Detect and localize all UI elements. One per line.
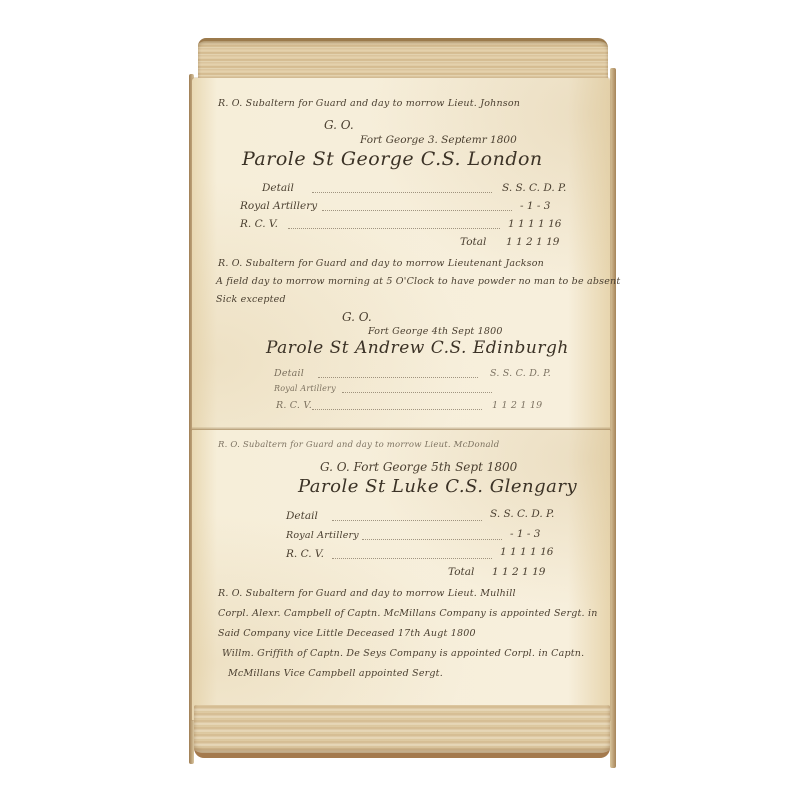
table-row-label: Royal Artillery xyxy=(286,530,359,541)
dotted-leader xyxy=(288,228,500,229)
dotted-leader xyxy=(312,192,492,193)
table-row-value: S. S. C. D. P. xyxy=(502,182,566,194)
table-row-value: S. S. C. D. P. xyxy=(490,368,551,379)
table-row-value: 1 1 2 1 19 xyxy=(492,400,542,411)
general-orders-heading: G. O. xyxy=(342,310,372,324)
dotted-leader xyxy=(318,377,478,378)
dotted-leader xyxy=(362,539,502,540)
table-row-label: Detail xyxy=(262,182,294,194)
page-block-bottom-edge xyxy=(194,705,610,758)
table-row-value: S. S. C. D. P. xyxy=(490,508,554,520)
dotted-leader xyxy=(342,392,492,393)
page-block-top-edge xyxy=(198,38,608,83)
parole-heading: Parole St George C.S. London xyxy=(242,148,543,170)
order-line: R. O. Subaltern for Guard and day to mor… xyxy=(218,258,544,269)
upper-page: R. O. Subaltern for Guard and day to mor… xyxy=(192,78,610,430)
total-value: 1 1 2 1 19 xyxy=(492,566,545,578)
place-date: Fort George 3. Septemr 1800 xyxy=(360,134,517,146)
order-line: Willm. Griffith of Captn. De Seys Compan… xyxy=(222,648,584,659)
place-date: G. O. Fort George 5th Sept 1800 xyxy=(320,460,517,474)
table-row-label: Detail xyxy=(286,510,318,522)
place-date: Fort George 4th Sept 1800 xyxy=(368,326,503,337)
dotted-leader xyxy=(332,558,492,559)
dotted-leader xyxy=(312,409,482,410)
general-orders-heading: G. O. xyxy=(324,118,354,132)
parole-heading: Parole St Andrew C.S. Edinburgh xyxy=(266,338,569,358)
order-line: Sick excepted xyxy=(216,294,286,305)
order-line: Corpl. Alexr. Campbell of Captn. McMilla… xyxy=(218,608,598,619)
order-line: Said Company vice Little Deceased 17th A… xyxy=(218,628,476,639)
table-row-label: R. C. V. xyxy=(240,218,278,230)
table-row-value: 1 1 1 1 16 xyxy=(500,546,553,558)
order-line: R. O. Subaltern for Guard and day to mor… xyxy=(218,440,499,450)
table-row-value: 1 1 1 1 16 xyxy=(508,218,561,230)
book-right-edge xyxy=(610,68,616,768)
total-value: 1 1 2 1 19 xyxy=(506,236,559,248)
order-line: R. O. Subaltern for Guard and day to mor… xyxy=(218,588,516,599)
table-row-label: Royal Artillery xyxy=(240,200,317,212)
order-line: R. O. Subaltern for Guard and day to mor… xyxy=(218,98,520,109)
order-line: McMillans Vice Campbell appointed Sergt. xyxy=(228,668,443,679)
table-row-label: Detail xyxy=(274,368,304,379)
total-label: Total xyxy=(460,236,486,248)
table-row-value: - 1 - 3 xyxy=(510,528,540,540)
table-row-label: R. C. V. xyxy=(276,400,312,411)
total-label: Total xyxy=(448,566,474,578)
manuscript-book: R. O. Subaltern for Guard and day to mor… xyxy=(192,38,614,758)
parole-heading: Parole St Luke C.S. Glengary xyxy=(298,476,577,497)
table-row-value: - 1 - 3 xyxy=(520,200,550,212)
lower-page: R. O. Subaltern for Guard and day to mor… xyxy=(192,430,610,720)
table-row-label: R. C. V. xyxy=(286,548,324,560)
table-row-label: Royal Artillery xyxy=(274,384,336,393)
dotted-leader xyxy=(332,520,482,521)
dotted-leader xyxy=(322,210,512,211)
order-line: A field day to morrow morning at 5 O'Clo… xyxy=(216,276,620,287)
